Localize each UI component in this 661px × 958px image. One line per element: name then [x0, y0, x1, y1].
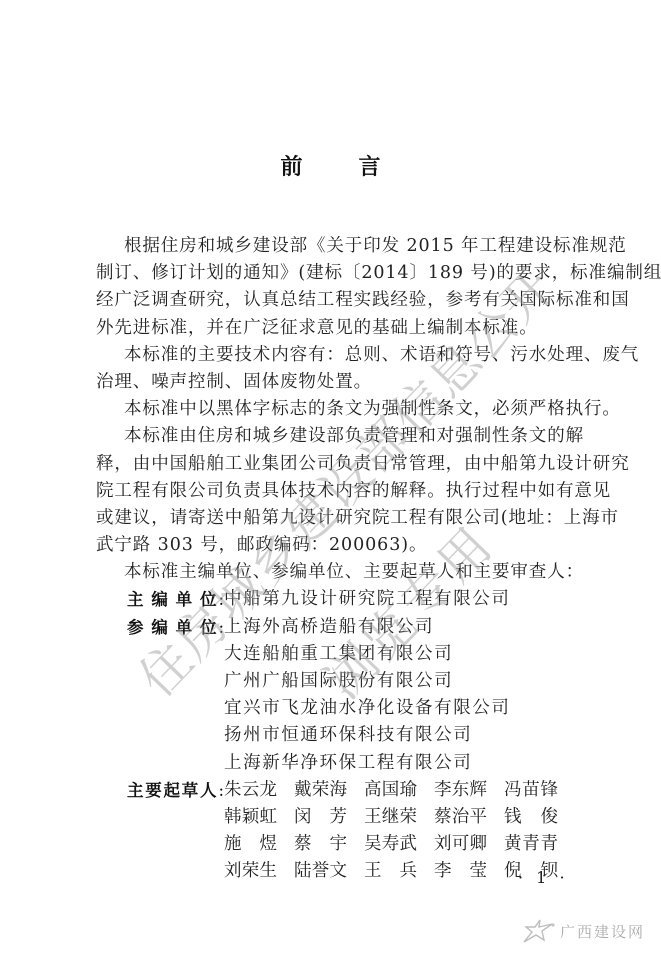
document-page: 前言 根据住房和城乡建设部《关于印发 2015 年工程建设标准规范 制订、修订计… — [0, 0, 661, 958]
drafter-name: 朱云龙 — [224, 777, 294, 804]
label-char: 位 — [200, 590, 217, 609]
drafter-name: 戴荣海 — [294, 777, 364, 804]
preface-body: 根据住房和城乡建设部《关于印发 2015 年工程建设标准规范 制订、修订计划的通… — [96, 233, 580, 886]
name-char: 王 — [364, 858, 382, 885]
name-char: 宇 — [330, 831, 348, 858]
site-logo: 广西建设网 — [522, 918, 645, 944]
page-title: 前言 — [0, 150, 661, 181]
name-char: 青 — [541, 831, 559, 858]
paragraph-line: 武宁路 303 号，邮政编码：200063)。 — [96, 532, 580, 559]
drafter-name: 王兵 — [364, 858, 434, 885]
name-char: 俊 — [541, 804, 559, 831]
label-char: 单 — [176, 586, 193, 613]
drafter-name: 王继荣 — [364, 804, 434, 831]
name-char: 治 — [452, 804, 470, 831]
drafter-row: 韩颖虹闵芳王继荣蔡治平钱俊 — [96, 804, 580, 831]
paragraph-line: 制订、修订计划的通知》(建标〔2014〕189 号)的要求，标准编制组 — [96, 260, 580, 287]
participating-units-row: 宜兴市飞龙油水净化设备有限公司 — [96, 695, 580, 722]
label-char: 编 — [151, 586, 168, 613]
drafter-name: 蔡治平 — [434, 804, 504, 831]
name-char: 芳 — [330, 804, 348, 831]
name-char: 李 — [434, 858, 452, 885]
name-char: 颖 — [242, 804, 260, 831]
participating-units-label: 参 编 单 位: — [96, 614, 224, 641]
paragraph-line: 本标准主编单位、参编单位、主要起草人和主要审查人： — [96, 559, 580, 586]
name-char: 韩 — [224, 804, 242, 831]
star-icon — [522, 918, 556, 944]
name-char: 戴 — [294, 777, 312, 804]
name-char: 吴 — [364, 831, 382, 858]
chief-editor-label: 主 编 单 位: — [96, 586, 224, 613]
label-char: 参 — [127, 614, 144, 641]
participating-unit: 大连船舶重工集团有限公司 — [224, 641, 453, 668]
name-char: 武 — [400, 831, 418, 858]
name-char: 黄 — [504, 831, 522, 858]
title-char: 前 — [280, 150, 302, 181]
drafter-name: 陆誉文 — [294, 858, 364, 885]
participating-unit: 上海外高桥造船有限公司 — [224, 614, 434, 641]
main-drafters-block: 主 要 起 草 人: 朱云龙戴荣海高国瑜李东辉冯苗锋韩颖虹闵芳王继荣蔡治平钱俊施… — [96, 777, 580, 886]
name-char: 荣 — [400, 804, 418, 831]
name-char: 辉 — [470, 777, 488, 804]
participating-units-row: 上海新华净环保工程有限公司 — [96, 750, 580, 777]
name-char: 钱 — [504, 804, 522, 831]
name-char: 莹 — [470, 858, 488, 885]
drafter-name: 蔡宇 — [294, 831, 364, 858]
paragraph-line: 或建议，请寄送中船第九设计研究院工程有限公司(地址：上海市 — [96, 505, 580, 532]
drafter-row: 刘荣生陆誉文王兵李莹倪钡 — [96, 858, 580, 885]
name-char: 朱 — [224, 777, 242, 804]
name-char: 陆 — [294, 858, 312, 885]
name-char: 青 — [522, 831, 540, 858]
name-char: 可 — [452, 831, 470, 858]
participating-units-row: 广州广船国际股份有限公司 — [96, 668, 580, 695]
paragraph-line: 经广泛调查研究，认真总结工程实践经验，参考有关国际标准和国 — [96, 287, 580, 314]
name-char: 刘 — [224, 858, 242, 885]
paragraph-line: 释，由中国船舶工业集团公司负责日常管理，由中船第九设计研究 — [96, 451, 580, 478]
title-char: 言 — [359, 150, 381, 181]
name-char: 平 — [470, 804, 488, 831]
name-char: 冯 — [504, 777, 522, 804]
name-char: 龙 — [260, 777, 278, 804]
drafter-name: 韩颖虹 — [224, 804, 294, 831]
participating-units-row: 参 编 单 位: 上海外高桥造船有限公司 — [96, 614, 580, 641]
name-char: 苗 — [522, 777, 540, 804]
name-char: 卿 — [470, 831, 488, 858]
name-char: 文 — [330, 858, 348, 885]
drafter-row: 朱云龙戴荣海高国瑜李东辉冯苗锋 — [96, 777, 580, 804]
participating-units-row: 大连船舶重工集团有限公司 — [96, 641, 580, 668]
name-char: 李 — [434, 777, 452, 804]
name-char: 国 — [382, 777, 400, 804]
label-char: 位 — [200, 618, 217, 637]
name-char: 云 — [242, 777, 260, 804]
chief-editor-row: 主 编 单 位: 中船第九设计研究院工程有限公司 — [96, 586, 580, 613]
drafter-name: 李莹 — [434, 858, 504, 885]
name-char: 寿 — [382, 831, 400, 858]
drafter-name: 李东辉 — [434, 777, 504, 804]
name-char: 生 — [260, 858, 278, 885]
name-char: 荣 — [312, 777, 330, 804]
name-char: 海 — [330, 777, 348, 804]
paragraph-line: 院工程有限公司负责具体技术内容的解释。执行过程中如有意见 — [96, 478, 580, 505]
drafter-name: 刘可卿 — [434, 831, 504, 858]
drafter-row: 施煜蔡宇吴寿武刘可卿黄青青 — [96, 831, 580, 858]
drafter-name-grid: 朱云龙戴荣海高国瑜李东辉冯苗锋韩颖虹闵芳王继荣蔡治平钱俊施煜蔡宇吴寿武刘可卿黄青… — [96, 777, 580, 886]
participating-unit: 扬州市恒通环保科技有限公司 — [224, 722, 472, 749]
drafter-name: 吴寿武 — [364, 831, 434, 858]
paragraph-line: 根据住房和城乡建设部《关于印发 2015 年工程建设标准规范 — [96, 233, 580, 260]
site-logo-text: 广西建设网 — [560, 921, 645, 942]
name-char: 誉 — [312, 858, 330, 885]
drafter-name: 钱俊 — [504, 804, 558, 831]
name-char: 王 — [364, 804, 382, 831]
label-char: 主 — [127, 586, 144, 613]
name-char: 兵 — [400, 858, 418, 885]
drafter-name: 冯苗锋 — [504, 777, 558, 804]
drafter-name: 闵芳 — [294, 804, 364, 831]
paragraph-line: 本标准的主要技术内容有：总则、术语和符号、污水处理、废气 — [96, 342, 580, 369]
participating-unit: 上海新华净环保工程有限公司 — [224, 750, 472, 777]
name-char: 东 — [452, 777, 470, 804]
participating-unit: 宜兴市飞龙油水净化设备有限公司 — [224, 695, 511, 722]
label-char: 单 — [176, 614, 193, 641]
label-char: 编 — [151, 614, 168, 641]
paragraph-line: 外先进标准，并在广泛征求意见的基础上编制本标准。 — [96, 315, 580, 342]
name-char: 施 — [224, 831, 242, 858]
name-char: 蔡 — [434, 804, 452, 831]
name-char: 虹 — [260, 804, 278, 831]
name-char: 高 — [364, 777, 382, 804]
name-char: 煜 — [260, 831, 278, 858]
name-char: 瑜 — [400, 777, 418, 804]
participating-units-row: 扬州市恒通环保科技有限公司 — [96, 722, 580, 749]
participating-unit: 广州广船国际股份有限公司 — [224, 668, 453, 695]
paragraph-line: 本标准由住房和城乡建设部负责管理和对强制性条文的解 — [96, 423, 580, 450]
chief-editor-value: 中船第九设计研究院工程有限公司 — [224, 586, 511, 613]
name-char: 蔡 — [294, 831, 312, 858]
name-char: 荣 — [242, 858, 260, 885]
paragraph-line: 本标准中以黑体字标志的条文为强制性条文，必须严格执行。 — [96, 396, 580, 423]
name-char: 闵 — [294, 804, 312, 831]
page-number: · 1 · — [518, 868, 569, 887]
name-char: 锋 — [541, 777, 559, 804]
drafter-name: 施煜 — [224, 831, 294, 858]
drafter-name: 高国瑜 — [364, 777, 434, 804]
name-char: 继 — [382, 804, 400, 831]
drafter-name: 黄青青 — [504, 831, 558, 858]
drafter-name: 刘荣生 — [224, 858, 294, 885]
name-char: 刘 — [434, 831, 452, 858]
paragraph-line: 治理、噪声控制、固体废物处置。 — [96, 369, 580, 396]
